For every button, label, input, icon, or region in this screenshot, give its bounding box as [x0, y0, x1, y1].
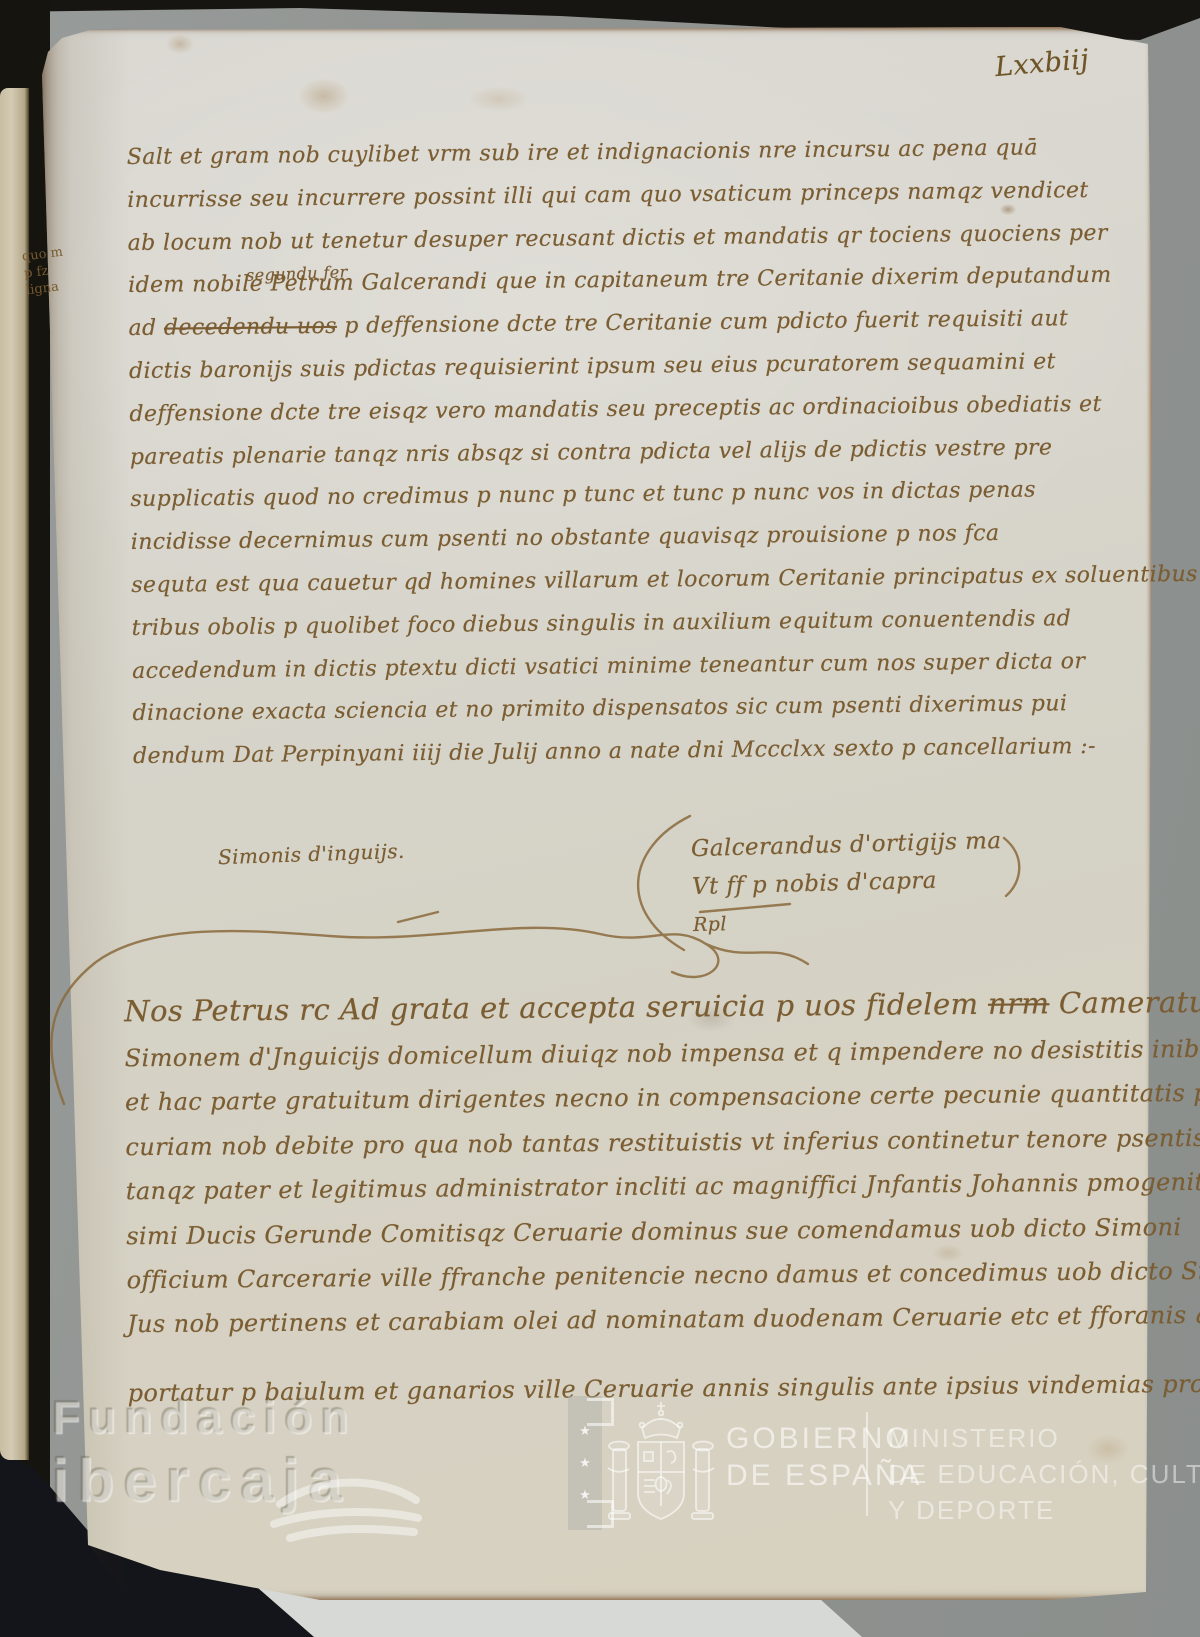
notary-paraph: Rpl — [693, 898, 1004, 944]
eu-ribbon-icon — [568, 1396, 602, 1530]
text-line: Jus nob pertinens et carabiam olei ad no… — [127, 1302, 1107, 1355]
text-line-opening: Nos Petrus rc Ad grata et accepta seruic… — [124, 986, 1104, 1045]
text-block-secondary: Nos Petrus rc Ad grata et accepta seruic… — [124, 986, 1108, 1424]
text-segment: Cameratum nostrum — [1049, 983, 1200, 1020]
notary-line: Galcerandus d'ortigijs ma — [691, 822, 1002, 868]
facing-page-edge — [0, 88, 29, 1460]
struck-through-text: decedendu uos — [164, 314, 337, 341]
text-line: portatur p baiulum et ganarios ville Cer… — [128, 1370, 1108, 1423]
marginal-note: quo m p fz ligna — [21, 244, 68, 300]
text-segment: Nos Petrus rc Ad grata et accepta seruic… — [124, 987, 988, 1029]
text-segment: ad — [128, 316, 164, 341]
watermark-divider — [866, 1412, 868, 1516]
eu-star-icon — [568, 1424, 602, 1456]
ribbon-notch — [587, 1500, 614, 1528]
notary-note-galcerandus: Galcerandus d'ortigijs ma Vt ff p nobis … — [691, 822, 1004, 944]
ribbon-notch — [587, 1398, 614, 1426]
manuscript-scan: Lxxbiij quo m p fz ligna segundu fer Sal… — [0, 0, 1200, 1637]
struck-through-text: nrm — [988, 986, 1050, 1021]
eu-star-icon — [568, 1456, 602, 1488]
text-block-primary: Salt et gram nob cuylibet vrm sub ire et… — [127, 135, 1094, 787]
